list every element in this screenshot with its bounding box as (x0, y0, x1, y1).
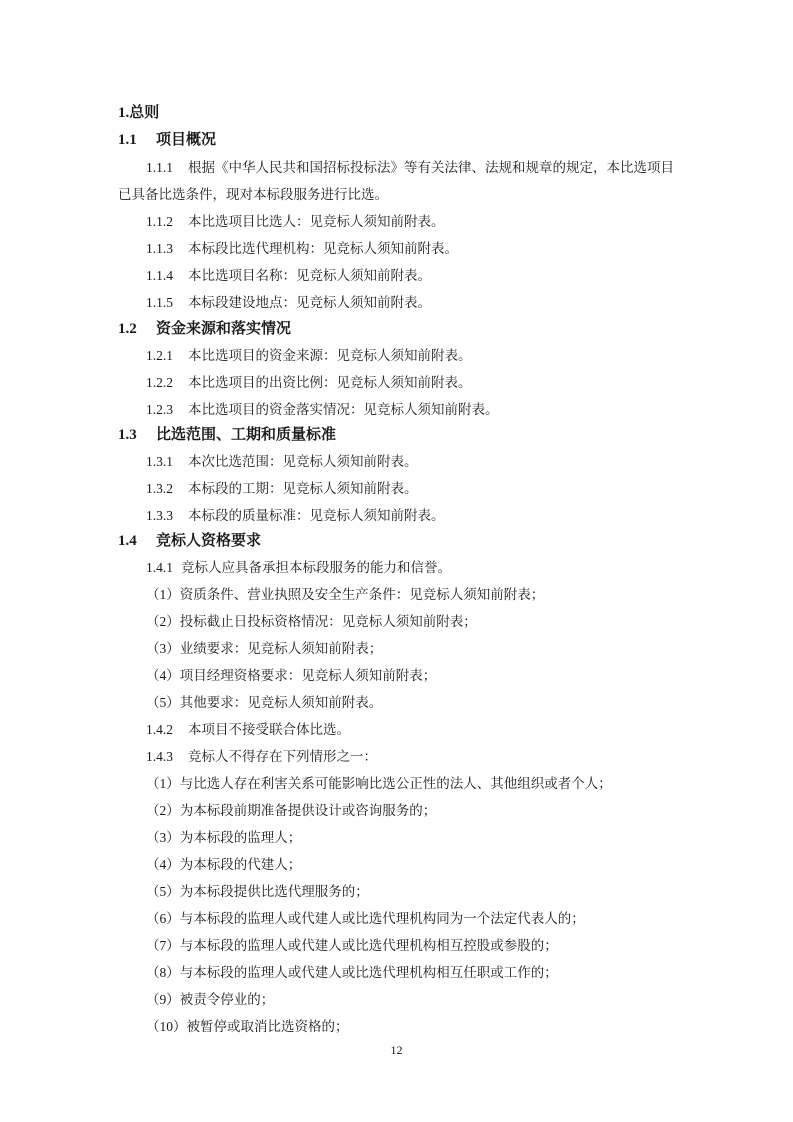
list-item: （2）为本标段前期准备提供设计或咨询服务的； (146, 802, 436, 820)
section-title: 竞标人资格要求 (156, 533, 261, 549)
section-heading-1-2: 1.2资金来源和落实情况 (118, 320, 291, 338)
document-page: 1.总则 1.1项目概况 1.1.1根据《中华人民共和国招标投标法》等有关法律、… (0, 0, 793, 1122)
list-item: （4）为本标段的代建人； (146, 856, 301, 874)
clause-number: 1.1.3 (146, 240, 188, 258)
clause-text: 本标段比选代理机构：见竞标人须知前附表。 (188, 241, 458, 256)
section-title: 项目概况 (156, 132, 216, 148)
list-item: （5）其他要求：见竞标人须知前附表。 (146, 694, 382, 712)
list-item: （9）被责令停业的； (146, 991, 274, 1009)
clause-number: 1.4.2 (146, 721, 188, 739)
clause-1-1-3: 1.1.3本标段比选代理机构：见竞标人须知前附表。 (146, 240, 458, 258)
list-item: （10）被暂停或取消比选资格的； (146, 1018, 349, 1036)
clause-text: 根据《中华人民共和国招标投标法》等有关法律、法规和规章的规定，本比选项目 (188, 160, 674, 175)
clause-1-1-4: 1.1.4本比选项目名称：见竞标人须知前附表。 (146, 267, 431, 285)
clause-number: 1.2.3 (146, 401, 188, 419)
list-item: （4）项目经理资格要求：见竞标人须知前附表； (146, 667, 436, 685)
clause-text: 本比选项目名称：见竞标人须知前附表。 (188, 268, 431, 283)
list-item: （7）与本标段的监理人或代建人或比选代理机构相互控股或参股的； (146, 937, 558, 955)
chapter-title: 1.总则 (118, 104, 159, 122)
clause-text: 本比选项目的资金落实情况：见竞标人须知前附表。 (188, 402, 499, 417)
list-item: （2）投标截止日投标资格情况：见竞标人须知前附表； (146, 613, 477, 631)
clause-number: 1.2.1 (146, 347, 188, 365)
clause-1-4-1: 1.4.1竞标人应具备承担本标段服务的能力和信誉。 (146, 559, 451, 577)
clause-1-2-2: 1.2.2本比选项目的出资比例：见竞标人须知前附表。 (146, 374, 472, 392)
clause-1-3-3: 1.3.3本标段的质量标准：见竞标人须知前附表。 (146, 507, 445, 525)
section-heading-1-3: 1.3比选范围、工期和质量标准 (118, 426, 336, 444)
clause-text: 本标段建设地点：见竞标人须知前附表。 (188, 295, 431, 310)
clause-number: 1.2.2 (146, 374, 188, 392)
section-heading-1-4: 1.4竞标人资格要求 (118, 532, 261, 550)
clause-text: 本比选项目的出资比例：见竞标人须知前附表。 (188, 375, 472, 390)
list-item: （1）与比选人存在利害关系可能影响比选公正性的法人、其他组织或者个人； (146, 775, 612, 793)
clause-1-1-5: 1.1.5本标段建设地点：见竞标人须知前附表。 (146, 294, 431, 312)
clause-number: 1.4.1 (146, 559, 181, 577)
clause-number: 1.3.2 (146, 480, 188, 498)
clause-text: 本项目不接受联合体比选。 (188, 722, 350, 737)
section-title: 资金来源和落实情况 (156, 321, 291, 337)
clause-1-2-3: 1.2.3本比选项目的资金落实情况：见竞标人须知前附表。 (146, 401, 499, 419)
clause-1-4-2: 1.4.2本项目不接受联合体比选。 (146, 721, 350, 739)
clause-number: 1.4.3 (146, 748, 188, 766)
clause-1-1-1: 1.1.1根据《中华人民共和国招标投标法》等有关法律、法规和规章的规定，本比选项… (146, 159, 674, 177)
list-item: （5）为本标段提供比选代理服务的； (146, 883, 369, 901)
section-number: 1.3 (118, 426, 156, 444)
clause-number: 1.3.1 (146, 453, 188, 471)
clause-1-1-1-continuation: 已具备比选条件，现对本标段服务进行比选。 (118, 186, 388, 204)
clause-text: 本标段的质量标准：见竞标人须知前附表。 (188, 508, 445, 523)
section-number: 1.4 (118, 532, 156, 550)
list-item: （6）与本标段的监理人或代建人或比选代理机构同为一个法定代表人的； (146, 910, 585, 928)
list-item: （8）与本标段的监理人或代建人或比选代理机构相互任职或工作的； (146, 964, 558, 982)
clause-number: 1.1.4 (146, 267, 188, 285)
clause-1-3-1: 1.3.1本次比选范围：见竞标人须知前附表。 (146, 453, 418, 471)
clause-text: 本标段的工期：见竞标人须知前附表。 (188, 481, 418, 496)
section-number: 1.2 (118, 320, 156, 338)
list-item: （3）业绩要求：见竞标人须知前附表； (146, 640, 382, 658)
clause-1-3-2: 1.3.2本标段的工期：见竞标人须知前附表。 (146, 480, 418, 498)
clause-1-4-3: 1.4.3竞标人不得存在下列情形之一： (146, 748, 377, 766)
clause-1-2-1: 1.2.1本比选项目的资金来源：见竞标人须知前附表。 (146, 347, 472, 365)
clause-number: 1.1.5 (146, 294, 188, 312)
clause-1-1-2: 1.1.2本比选项目比选人：见竞标人须知前附表。 (146, 213, 445, 231)
section-heading-1-1: 1.1项目概况 (118, 131, 216, 149)
clause-text: 本次比选范围：见竞标人须知前附表。 (188, 454, 418, 469)
clause-text: 竞标人应具备承担本标段服务的能力和信誉。 (181, 560, 451, 575)
clause-text: 本比选项目比选人：见竞标人须知前附表。 (188, 214, 445, 229)
list-item: （3）为本标段的监理人； (146, 829, 301, 847)
clause-text: 竞标人不得存在下列情形之一： (188, 749, 377, 764)
section-number: 1.1 (118, 131, 156, 149)
clause-text: 本比选项目的资金来源：见竞标人须知前附表。 (188, 348, 472, 363)
clause-number: 1.1.2 (146, 213, 188, 231)
section-title: 比选范围、工期和质量标准 (156, 427, 336, 443)
clause-number: 1.1.1 (146, 159, 188, 177)
page-number: 12 (0, 1043, 793, 1058)
clause-number: 1.3.3 (146, 507, 188, 525)
list-item: （1）资质条件、营业执照及安全生产条件：见竞标人须知前附表； (146, 586, 544, 604)
